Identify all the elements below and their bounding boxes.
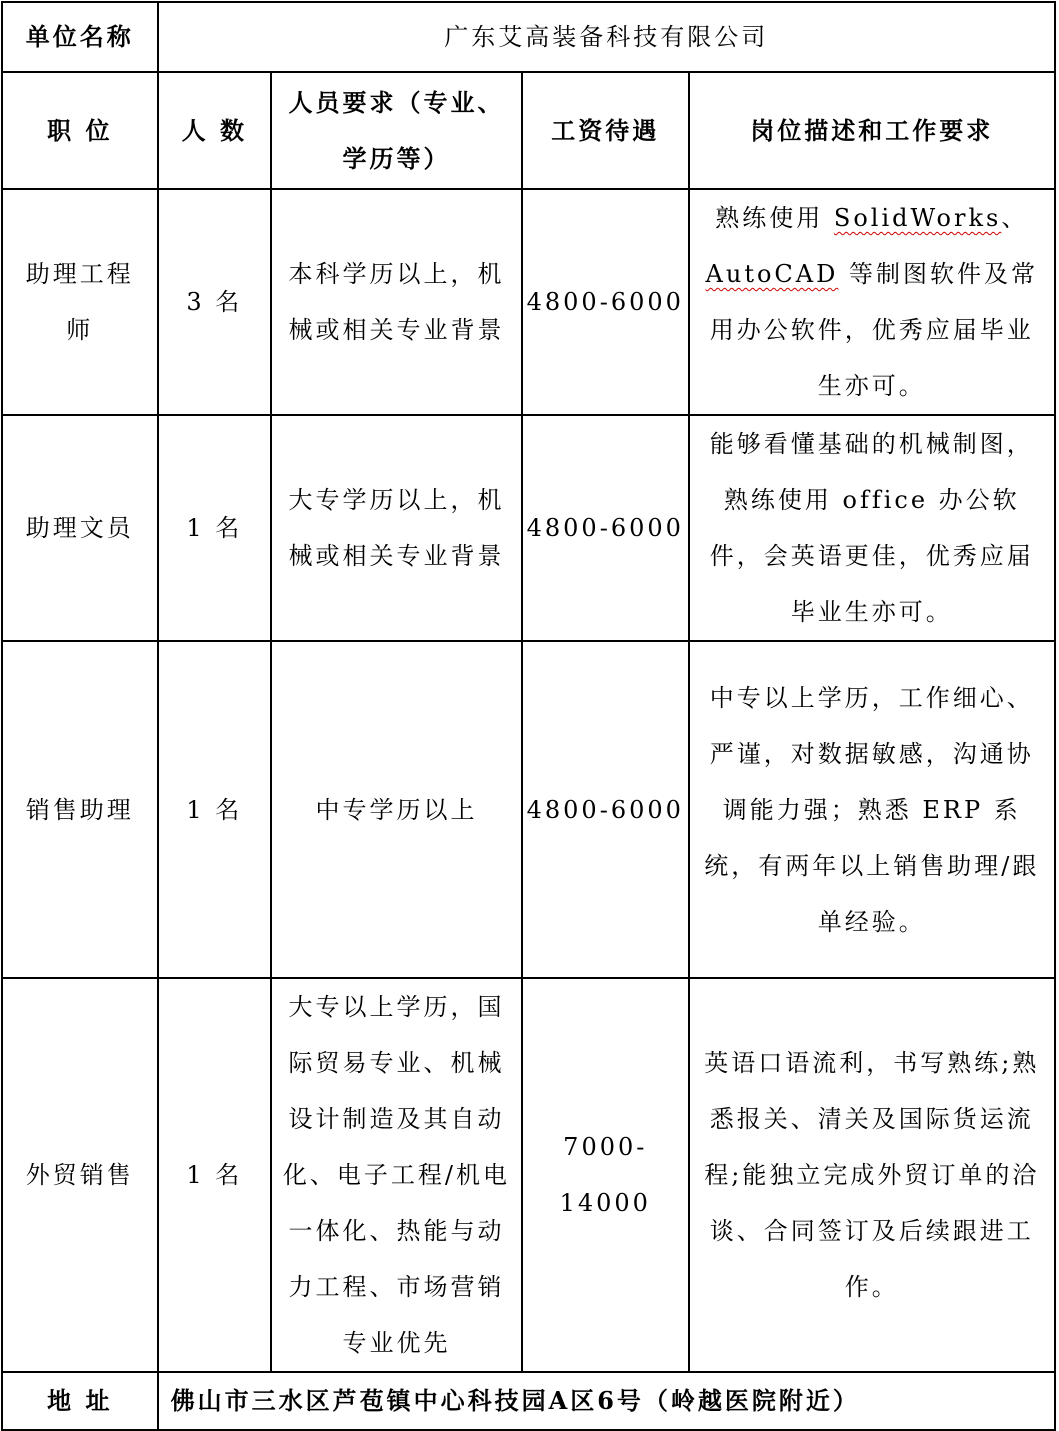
recruitment-table: 单位名称 广东艾高装备科技有限公司 职 位 人 数 人员要求（专业、学历等） 工… xyxy=(1,1,1056,1428)
spellcheck-word: SolidWorks xyxy=(834,204,1001,232)
position-cell: 助理文员 xyxy=(2,415,158,641)
description-cell: 英语口语流利，书写熟练;熟悉报关、清关及国际货运流程;能独立完成外贸订单的洽谈、… xyxy=(689,978,1055,1372)
spellcheck-word: AutoCAD xyxy=(706,260,839,288)
table-row: 销售助理 1 名 中专学历以上 4800-6000 中专以上学历，工作细心、严谨… xyxy=(2,641,1055,978)
company-label: 单位名称 xyxy=(2,2,158,72)
count-cell: 1 名 xyxy=(158,415,271,641)
count-cell: 3 名 xyxy=(158,189,271,415)
header-requirements: 人员要求（专业、学历等） xyxy=(271,72,522,189)
description-cell: 能够看懂基础的机械制图，熟练使用 office 办公软件，会英语更佳，优秀应届毕… xyxy=(689,415,1055,641)
salary-cell: 4800-6000 xyxy=(522,415,689,641)
company-name: 广东艾高装备科技有限公司 xyxy=(158,2,1055,72)
salary-cell: 4800-6000 xyxy=(522,189,689,415)
address-value: 佛山市三水区芦苞镇中心科技园A区6号（岭越医院附近） xyxy=(158,1372,1055,1428)
header-position: 职 位 xyxy=(2,72,158,189)
header-description: 岗位描述和工作要求 xyxy=(689,72,1055,189)
header-salary: 工资待遇 xyxy=(522,72,689,189)
description-cell: 中专以上学历，工作细心、严谨，对数据敏感，沟通协调能力强；熟悉 ERP 系统，有… xyxy=(689,641,1055,978)
address-label: 地 址 xyxy=(2,1372,158,1428)
table-row: 助理工程师 3 名 本科学历以上，机械或相关专业背景 4800-6000 熟练使… xyxy=(2,189,1055,415)
count-cell: 1 名 xyxy=(158,641,271,978)
table-row: 助理文员 1 名 大专学历以上，机械或相关专业背景 4800-6000 能够看懂… xyxy=(2,415,1055,641)
count-cell: 1 名 xyxy=(158,978,271,1372)
position-cell: 助理工程师 xyxy=(2,189,158,415)
salary-cell: 7000-14000 xyxy=(522,978,689,1372)
salary-cell: 4800-6000 xyxy=(522,641,689,978)
requirements-cell: 本科学历以上，机械或相关专业背景 xyxy=(271,189,522,415)
position-cell: 外贸销售 xyxy=(2,978,158,1372)
description-cell: 熟练使用 SolidWorks、AutoCAD 等制图软件及常用办公软件，优秀应… xyxy=(689,189,1055,415)
requirements-cell: 中专学历以上 xyxy=(271,641,522,978)
header-count: 人 数 xyxy=(158,72,271,189)
table-row: 外贸销售 1 名 大专以上学历，国际贸易专业、机械设计制造及其自动化、电子工程/… xyxy=(2,978,1055,1372)
address-row: 地 址 佛山市三水区芦苞镇中心科技园A区6号（岭越医院附近） xyxy=(2,1372,1055,1428)
position-cell: 销售助理 xyxy=(2,641,158,978)
company-row: 单位名称 广东艾高装备科技有限公司 xyxy=(2,2,1055,72)
requirements-cell: 大专以上学历，国际贸易专业、机械设计制造及其自动化、电子工程/机电一体化、热能与… xyxy=(271,978,522,1372)
header-row: 职 位 人 数 人员要求（专业、学历等） 工资待遇 岗位描述和工作要求 xyxy=(2,72,1055,189)
requirements-cell: 大专学历以上，机械或相关专业背景 xyxy=(271,415,522,641)
